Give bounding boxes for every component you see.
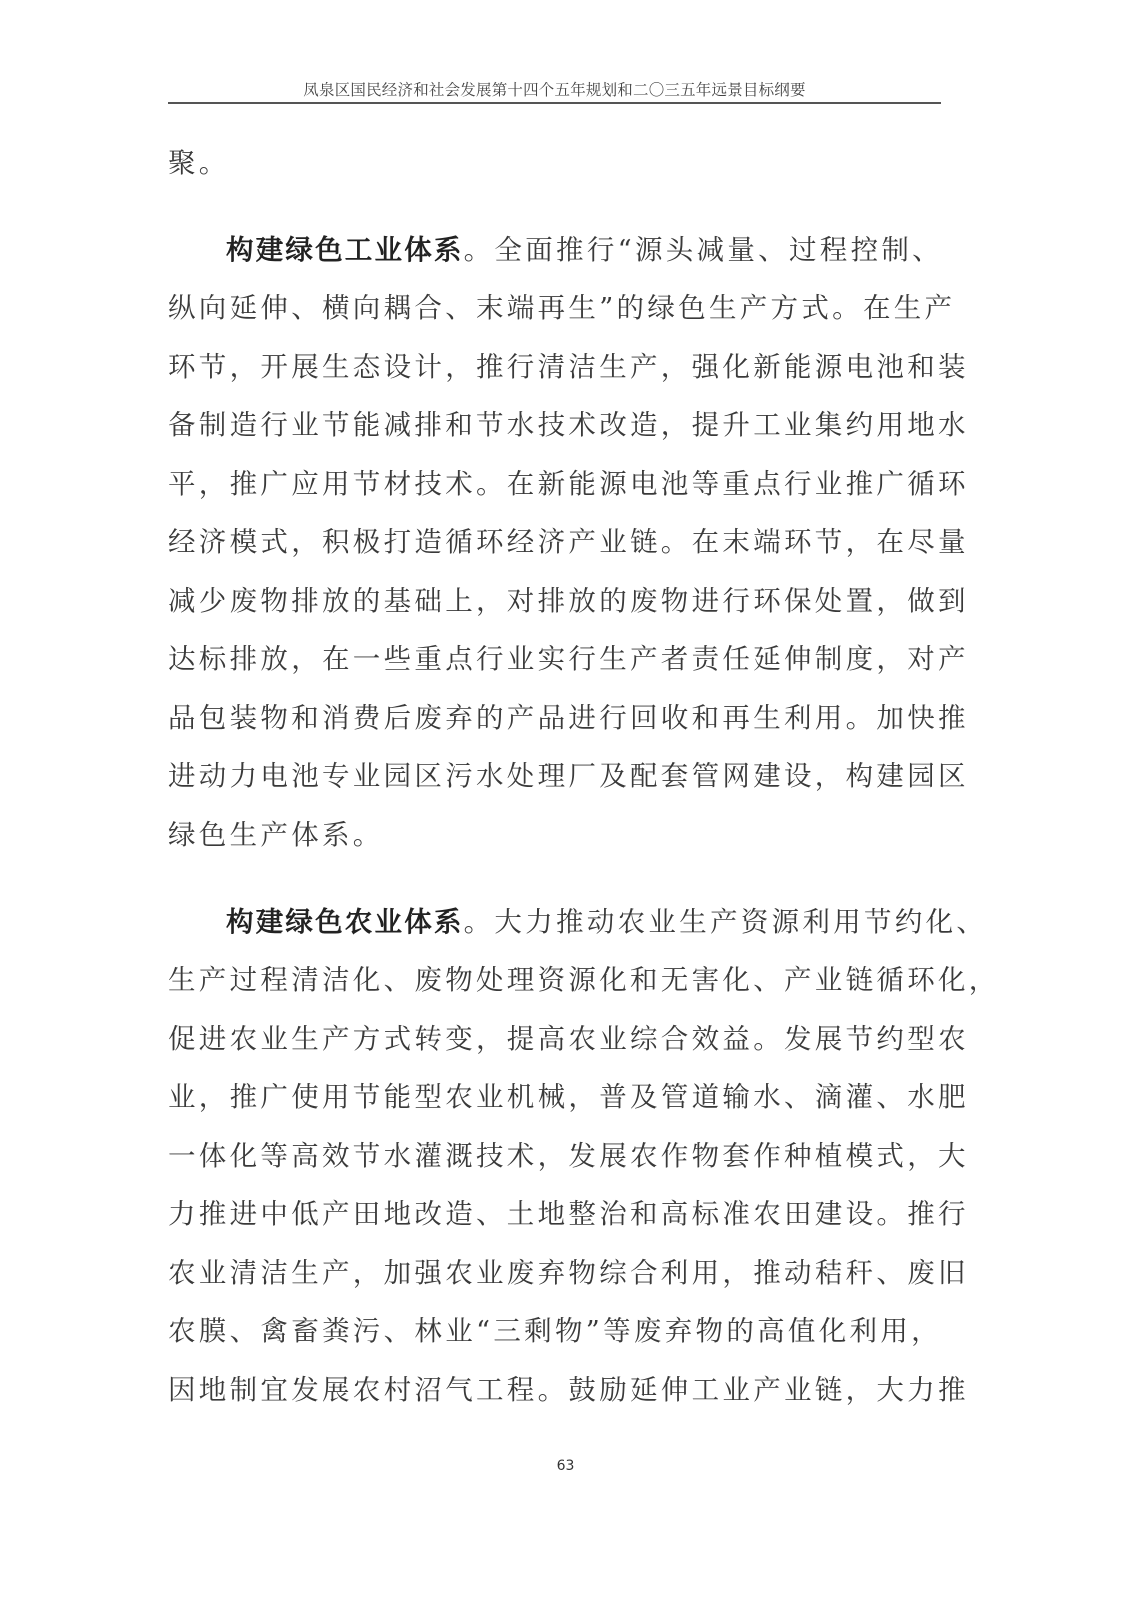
paragraph-line: 农业清洁生产，加强农业废弃物综合利用，推动秸秆、废旧 — [168, 1256, 958, 1290]
paragraph-line: 构建绿色工业体系。全面推行“源头减量、过程控制、 — [226, 233, 1016, 267]
paragraph-line: 达标排放，在一些重点行业实行生产者责任延伸制度，对产 — [168, 642, 958, 676]
paragraph-line: 品包装物和消费后废弃的产品进行回收和再生利用。加快推 — [168, 701, 958, 735]
section-heading-industry: 构建绿色工业体系 — [226, 234, 464, 266]
continuation-text: 聚。 — [168, 146, 958, 180]
header-divider — [168, 102, 941, 104]
paragraph-line: 因地制宜发展农村沼气工程。鼓励延伸工业产业链，大力推 — [168, 1373, 958, 1407]
paragraph-line: 平，推广应用节材技术。在新能源电池等重点行业推广循环 — [168, 467, 958, 501]
page-number: 63 — [0, 1458, 1131, 1474]
paragraph-line: 业，推广使用节能型农业机械，普及管道输水、滴灌、水肥 — [168, 1080, 958, 1114]
paragraph-line: 减少废物排放的基础上，对排放的废物进行环保处置，做到 — [168, 584, 958, 618]
heading-punct: 。 — [464, 234, 495, 266]
paragraph-line: 进动力电池专业园区污水处理厂及配套管网建设，构建园区 — [168, 759, 958, 793]
paragraph-text: 全面推行“源头减量、过程控制、 — [494, 234, 943, 266]
paragraph-line: 纵向延伸、横向耦合、末端再生”的绿色生产方式。在生产 — [168, 291, 958, 325]
paragraph-line: 生产过程清洁化、废物处理资源化和无害化、产业链循环化， — [168, 963, 958, 997]
paragraph-line: 环节，开展生态设计，推行清洁生产，强化新能源电池和装 — [168, 350, 958, 384]
paragraph-line: 备制造行业节能减排和节水技术改造，提升工业集约用地水 — [168, 408, 958, 442]
heading-punct: 。 — [464, 906, 495, 938]
paragraph-line: 绿色生产体系。 — [168, 818, 958, 852]
running-header: 凤泉区国民经济和社会发展第十四个五年规划和二〇三五年远景目标纲要 — [168, 78, 941, 100]
paragraph-line: 农膜、禽畜粪污、林业“三剩物”等废弃物的高值化利用， — [168, 1314, 958, 1348]
paragraph-line: 一体化等高效节水灌溉技术，发展农作物套作种植模式，大 — [168, 1139, 958, 1173]
paragraph-text: 大力推动农业生产资源利用节约化、 — [494, 906, 987, 938]
paragraph-line: 力推进中低产田地改造、土地整治和高标准农田建设。推行 — [168, 1197, 958, 1231]
paragraph-line: 促进农业生产方式转变，提高农业综合效益。发展节约型农 — [168, 1022, 958, 1056]
section-heading-agriculture: 构建绿色农业体系 — [226, 906, 464, 938]
paragraph-line: 构建绿色农业体系。大力推动农业生产资源利用节约化、 — [226, 905, 1016, 939]
paragraph-line: 经济模式，积极打造循环经济产业链。在末端环节，在尽量 — [168, 525, 958, 559]
